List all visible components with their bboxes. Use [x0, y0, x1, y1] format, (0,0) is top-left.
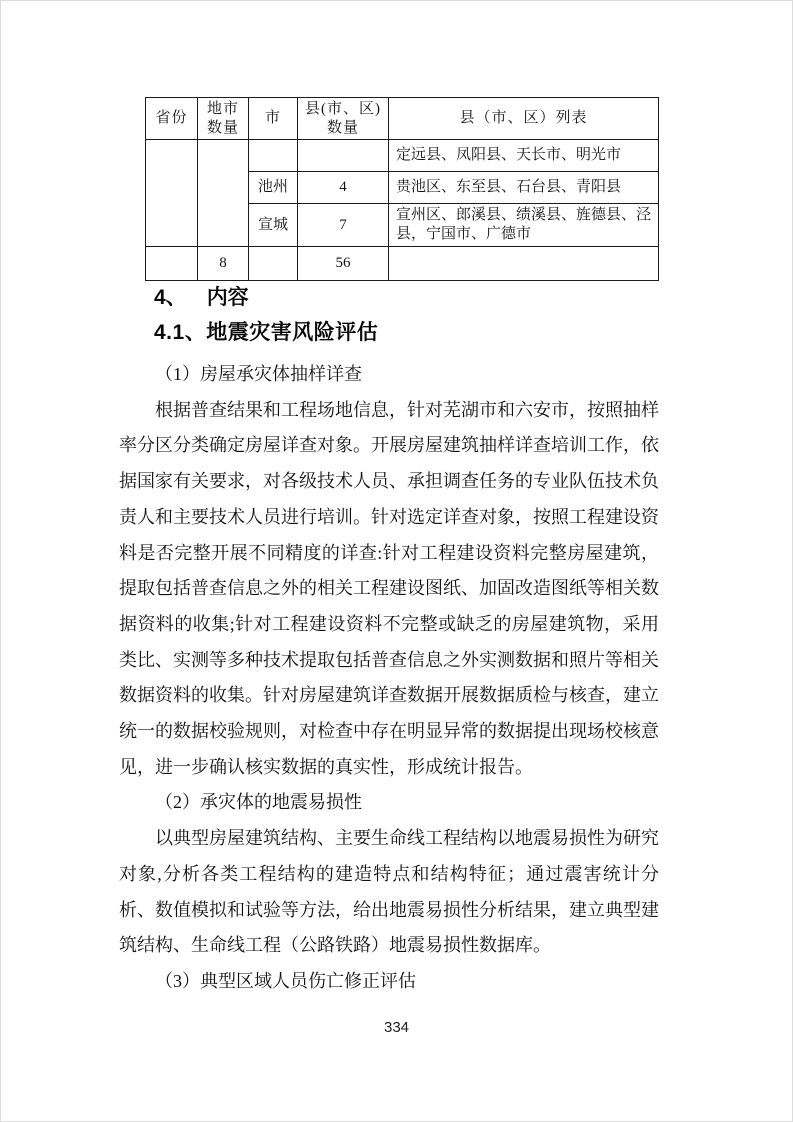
cell-province-total: [146, 247, 198, 281]
item-heading-3: （3）典型区域人员伤亡修正评估: [119, 964, 659, 1000]
paragraph-1: 根据普查结果和工程场地信息，针对芜湖市和六安市，按照抽样率分区分类确定房屋详查对…: [119, 393, 659, 786]
admin-division-table: 省份 地市 数量 市 县(市、区) 数量 县（市、区）列表 定远县、凤阳县、天长…: [145, 97, 659, 281]
item-heading-2: （2）承灾体的地震易损性: [119, 785, 659, 821]
header-province: 省份: [146, 98, 198, 140]
cell-city-total: [249, 247, 298, 281]
cell-city-count-merged: [198, 140, 249, 247]
subsection-heading: 4.1、地震灾害风险评估: [154, 319, 378, 347]
cell-city: 池州: [249, 172, 298, 204]
header-city: 市: [249, 98, 298, 140]
header-county-list: 县（市、区）列表: [389, 98, 659, 140]
item-heading-1: （1）房屋承灾体抽样详查: [119, 357, 659, 393]
table-row: 定远县、凤阳县、天长市、明光市: [146, 140, 659, 172]
section-heading: 4、内容: [154, 284, 249, 311]
page-number: 334: [1, 1019, 792, 1036]
cell-city: [249, 140, 298, 172]
cell-county-list-total: [389, 247, 659, 281]
cell-county-count: [298, 140, 389, 172]
paragraph-2: 以典型房屋建筑结构、主要生命线工程结构以地震易损性为研究对象,分析各类工程结构的…: [119, 821, 659, 964]
header-county-count: 县(市、区) 数量: [298, 98, 389, 140]
section-number: 4、: [154, 286, 187, 309]
table-header-row: 省份 地市 数量 市 县(市、区) 数量 县（市、区）列表: [146, 98, 659, 140]
cell-county-list: 贵池区、东至县、石台县、青阳县: [389, 172, 659, 204]
cell-province-merged: [146, 140, 198, 247]
cell-city: 宣城: [249, 204, 298, 247]
cell-city-count-total: 8: [198, 247, 249, 281]
document-page: 省份 地市 数量 市 县(市、区) 数量 县（市、区）列表 定远县、凤阳县、天长…: [0, 0, 793, 1122]
cell-county-list: 宣州区、郎溪县、绩溪县、旌德县、泾县，宁国市、广德市: [389, 204, 659, 247]
header-city-count: 地市 数量: [198, 98, 249, 140]
cell-county-count: 4: [298, 172, 389, 204]
table-total-row: 8 56: [146, 247, 659, 281]
body-text: （1）房屋承灾体抽样详查 根据普查结果和工程场地信息，针对芜湖市和六安市，按照抽…: [119, 357, 659, 1000]
cell-county-list: 定远县、凤阳县、天长市、明光市: [389, 140, 659, 172]
cell-county-count-total: 56: [298, 247, 389, 281]
cell-county-count: 7: [298, 204, 389, 247]
section-title: 内容: [207, 286, 249, 309]
